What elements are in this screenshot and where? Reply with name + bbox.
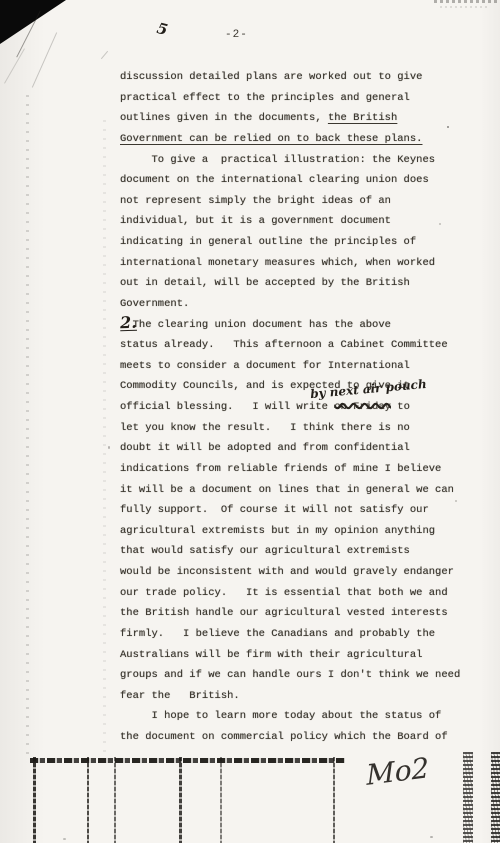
typed-line: Australians will be firm with their agri…	[120, 645, 470, 666]
typed-line: outlines given in the documents, the Bri…	[120, 108, 470, 129]
typed-line: individual, but it is a government docum…	[120, 211, 470, 232]
scratch-mark	[101, 51, 108, 59]
scan-noise-stripe	[491, 752, 500, 843]
speck	[108, 446, 110, 449]
speck	[430, 836, 433, 838]
typed-line: discussion detailed plans are worked out…	[120, 67, 470, 88]
scan-vertical-line	[33, 757, 36, 843]
page-number: -2-	[225, 29, 248, 41]
typed-line: out in detail, will be accepted by the B…	[120, 273, 470, 294]
typed-line: would be inconsistent with and would gra…	[120, 562, 470, 583]
typed-line: status already. This afternoon a Cabinet…	[120, 335, 470, 356]
typed-line: agricultural extremists but in my opinio…	[120, 521, 470, 542]
handwritten-paragraph-number: 2.	[120, 313, 137, 333]
typed-line: it will be a document on lines that in g…	[120, 480, 470, 501]
handwritten-archive-mark: Mo2	[365, 751, 430, 792]
typed-line: Government.	[120, 294, 470, 315]
scan-noise-stripe	[463, 752, 473, 843]
typed-line: fully support. Of course it will not sat…	[120, 500, 470, 521]
typed-line: the document on commercial policy which …	[120, 727, 470, 748]
speck	[455, 500, 457, 502]
typed-line: firmly. I believe the Canadians and prob…	[120, 624, 470, 645]
typed-line: To give a practical illustration: the Ke…	[120, 150, 470, 171]
typed-line: Government can be relied on to back thes…	[120, 129, 470, 150]
typed-line: international monetary measures which, w…	[120, 253, 470, 274]
typed-line: fear the British.	[120, 686, 470, 707]
typed-line: meets to consider a document for Interna…	[120, 356, 470, 377]
scan-horizontal-line	[30, 758, 345, 763]
scan-vertical-line	[333, 757, 335, 843]
typed-line: doubt it will be adopted and from confid…	[120, 438, 470, 459]
speck	[447, 126, 449, 128]
typed-line: document on the international clearing u…	[120, 170, 470, 191]
typed-line: the British handle our agricultural vest…	[120, 603, 470, 624]
scan-noise-column	[103, 120, 106, 760]
typed-text-block: discussion detailed plans are worked out…	[120, 67, 470, 748]
scratch-mark	[4, 48, 25, 83]
scan-vertical-line	[220, 757, 222, 843]
insertion-caret: ^	[336, 404, 347, 419]
typed-line: practical effect to the principles and g…	[120, 88, 470, 109]
typed-line: that would satisfy our agricultural extr…	[120, 541, 470, 562]
typed-line: indications from reliable friends of min…	[120, 459, 470, 480]
cropped-print-fragment	[440, 6, 490, 8]
typed-line: our trade policy. It is essential that b…	[120, 583, 470, 604]
scanned-document-page: 5 -2- discussion detailed plans are work…	[0, 0, 500, 843]
handwritten-mark: 5	[155, 19, 169, 39]
scan-noise-column	[26, 95, 29, 760]
speck	[439, 223, 441, 225]
scan-vertical-line	[114, 757, 116, 843]
typed-line: not represent simply the bright ideas of…	[120, 191, 470, 212]
cropped-print-fragment	[434, 0, 498, 3]
scan-vertical-line	[87, 757, 89, 843]
scan-vertical-line	[179, 757, 182, 843]
typed-line: let you know the result. I think there i…	[120, 418, 470, 439]
typed-line: I hope to learn more today about the sta…	[120, 706, 470, 727]
typed-line: The clearing union document has the abov…	[120, 315, 470, 336]
speck	[63, 838, 66, 840]
typed-line: official blessing. I will write on Frida…	[120, 397, 470, 418]
typed-line: groups and if we can handle ours I don't…	[120, 665, 470, 686]
typed-line: indicating in general outline the princi…	[120, 232, 470, 253]
